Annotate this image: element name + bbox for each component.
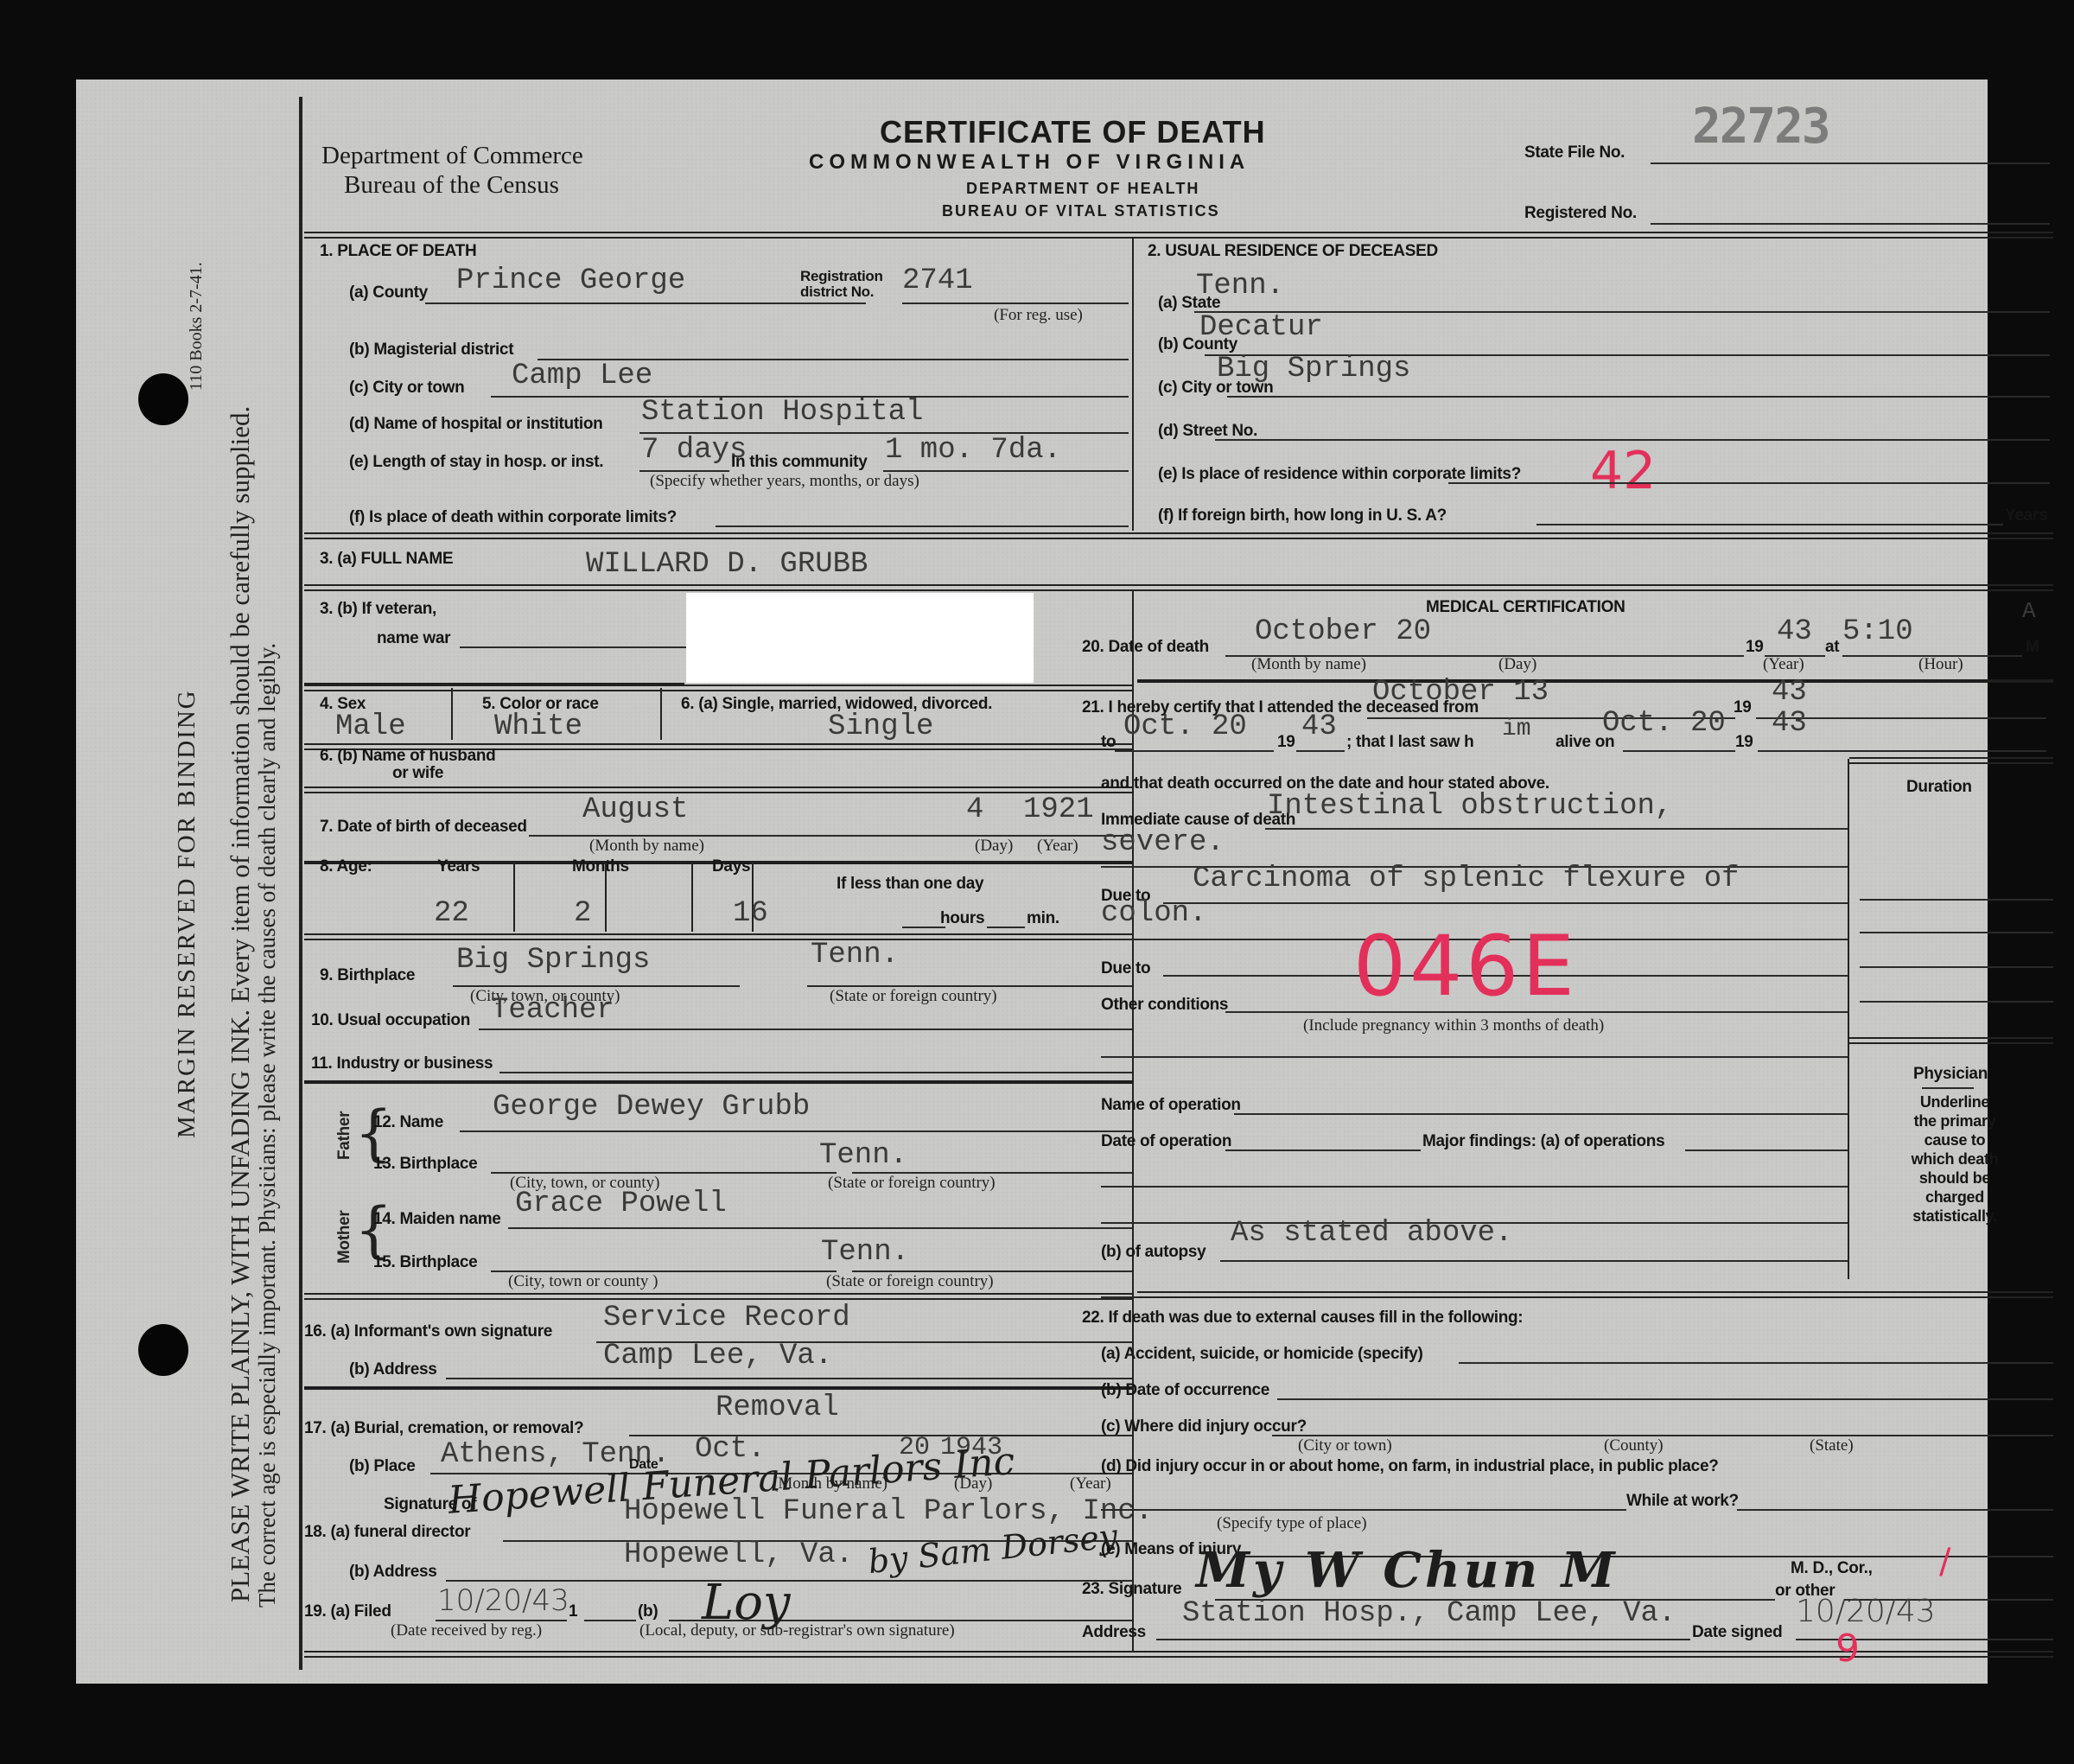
marital-status-field[interactable]: Single [828,710,933,743]
informant-signature-field[interactable]: Service Record [603,1302,850,1334]
death-county-field[interactable]: Prince George [456,264,685,297]
father-birthplace-state-field[interactable]: Tenn. [819,1139,907,1172]
mother-birthplace-state-field[interactable]: Tenn. [821,1236,909,1269]
death-certificate: 110 Books 2-7-41. MARGIN RESERVED FOR BI… [76,80,1988,1684]
alive-on-field[interactable]: Oct. 20 [1602,707,1726,740]
due-to-cont[interactable]: colon. [1101,897,1206,930]
dob-year-field[interactable]: 1921 [1023,793,1094,826]
residence-heading: 2. USUAL RESIDENCE OF DECEASED [1148,242,1438,261]
race-field[interactable]: White [494,710,582,743]
informant-address-field[interactable]: Camp Lee, Va. [603,1340,832,1372]
age-years-field[interactable]: 22 [434,897,469,930]
accident-type-field[interactable] [1459,1362,2053,1364]
autopsy-field[interactable]: As stated above. [1231,1217,1512,1250]
while-at-work-field[interactable] [1737,1509,2053,1511]
death-city-field[interactable]: Camp Lee [512,360,652,392]
duration-column-divider [1848,759,1849,1279]
age-months-field[interactable]: 2 [574,897,591,930]
death-year-field[interactable]: 43 [1777,615,1812,648]
funeral-address-field[interactable]: Hopewell, Va. [624,1538,853,1571]
hospital-field[interactable]: Station Hospital [641,396,923,429]
instruction-line-2: The correct age is especially important.… [254,643,281,1608]
binding-hole-bottom [138,1324,188,1376]
occurrence-date-field[interactable] [1277,1398,2053,1400]
attended-to-year[interactable]: 43 [1301,710,1337,743]
mother-side-label: Mother [335,1210,354,1264]
state-file-stamp: 22723 [1692,99,1829,155]
red-number-mark: 9 [1835,1627,1860,1671]
column-divider-top [1132,237,1134,531]
certificate-title: CERTIFICATE OF DEATH [880,114,1266,150]
bureau-vital-statistics: BUREAU OF VITAL STATISTICS [942,202,1220,220]
place-type-field[interactable] [1101,1509,1626,1511]
form-code: 110 Books 2-7-41. [187,262,207,391]
sex-field[interactable]: Male [335,710,406,743]
father-name-field[interactable]: George Dewey Grubb [493,1091,810,1124]
duration-label: Duration [1906,778,1972,797]
binding-hole-top [138,373,188,425]
disposition-field[interactable]: Removal [716,1391,839,1424]
community-stay-field[interactable]: 1 mo. 7da. [885,434,1061,467]
margin-reserved-label: MARGIN RESERVED FOR BINDING [173,689,201,1138]
due-to-field[interactable]: Carcinoma of splenic flexure of [1193,863,1740,895]
header-divider [304,232,2053,239]
department-health: DEPARTMENT OF HEALTH [966,180,1199,198]
full-name-field[interactable]: WILLARD D. GRUBB [586,548,868,581]
dept-commerce: Department of Commerce [321,142,583,170]
occupation-field[interactable]: Teacher [491,994,614,1027]
certifier-address-field[interactable]: Station Hosp., Camp Lee, Va. [1182,1597,1676,1630]
mother-brace: { [354,1200,393,1260]
residence-county-field[interactable]: Decatur [1199,311,1323,344]
reg-district-field[interactable]: 2741 [902,264,973,297]
bureau-census: Bureau of the Census [344,171,559,200]
dob-day-field[interactable]: 4 [966,793,983,826]
pronoun-field[interactable]: im [1502,716,1531,742]
immediate-cause-field[interactable]: Intestinal obstruction, [1267,790,1672,823]
attended-from-year[interactable]: 43 [1772,676,1807,709]
redaction-box [686,593,1034,683]
place-of-death-heading: 1. PLACE OF DEATH [320,242,476,261]
medical-certification-heading: MEDICAL CERTIFICATION [1426,598,1625,617]
physician-signature: My W Chun M [1196,1542,1619,1599]
attended-from-field[interactable]: October 13 [1372,676,1549,709]
physician-note-title: Physician [1913,1065,1988,1084]
physician-note: Underline the primary cause to which dea… [1856,1092,2053,1226]
dob-month-field[interactable]: August [582,793,688,826]
commonwealth-title: COMMONWEALTH OF VIRGINIA [809,150,1250,175]
death-date-field[interactable]: October 20 [1255,615,1431,648]
alive-year-field[interactable]: 43 [1772,707,1807,740]
margin-rule [299,97,302,1670]
attended-to-field[interactable]: Oct. 20 [1123,710,1247,743]
instruction-line-1: PLEASE WRITE PLAINLY, WITH UNFADING INK.… [225,406,256,1602]
residence-city-field[interactable]: Big Springs [1217,353,1410,385]
father-side-label: Father [335,1111,354,1160]
red-tick-mark: / [1939,1542,1950,1582]
death-hour-field[interactable]: 5:10 [1842,615,1913,648]
date-signed-field[interactable]: 10/20/43 [1796,1594,1936,1629]
state-file-label: State File No. [1524,143,1625,162]
filed-date-field[interactable]: 10/20/43 [437,1583,569,1618]
column-divider-bottom [1132,589,1134,1653]
birthplace-city-field[interactable]: Big Springs [456,944,650,977]
am-pm-mark: A [2022,598,2036,624]
mother-name-field[interactable]: Grace Powell [515,1188,727,1220]
age-days-field[interactable]: 16 [733,897,768,930]
residence-state-field[interactable]: Tenn. [1196,270,1284,302]
red-annotation-42: 42 [1590,441,1656,501]
birthplace-state-field[interactable]: Tenn. [811,939,899,971]
cause-code-stamp: 046E [1353,918,1578,1015]
registered-label: Registered No. [1524,204,1637,223]
immediate-cause-cont[interactable]: severe. [1101,826,1225,859]
